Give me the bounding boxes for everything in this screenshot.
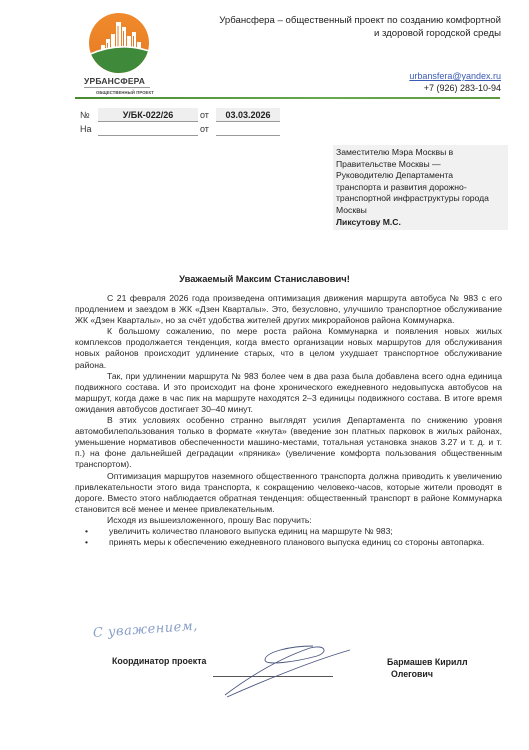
addressee-line: Руководителю Департамента [336, 170, 506, 182]
logo-subtitle: ОБЩЕСТВЕННЫЙ ПРОЕКТ [84, 90, 154, 95]
addressee-line: транспортной инфраструктуры города [336, 193, 506, 205]
number-field: У/БК-022/26 [98, 108, 198, 122]
handwritten-closing: С уважением, [92, 619, 198, 641]
city-skyline-logo-icon [88, 12, 150, 74]
addressee-block: Заместителю Мэра Москвы в Правительстве … [333, 145, 508, 230]
header-divider [75, 97, 500, 99]
phone-number: +7 (926) 283-10-94 [409, 82, 501, 94]
reference-label: На [80, 124, 100, 134]
addressee-line: Заместителю Мэра Москвы в [336, 147, 506, 159]
addressee-line: Москвы [336, 205, 506, 217]
header-line-1: Урбансфера – общественный проект по созд… [201, 14, 501, 27]
contacts: urbansfera@yandex.ru +7 (926) 283-10-94 [409, 70, 501, 94]
logo: УРБАНСФЕРА ОБЩЕСТВЕННЫЙ ПРОЕКТ [80, 12, 180, 100]
logo-divider [84, 87, 150, 88]
paragraph: Так, при удлинении маршрута № 983 более … [75, 371, 502, 415]
paragraph: К большому сожалению, по мере роста райо… [75, 326, 502, 370]
outgoing-number-row: № У/БК-022/26 от 03.03.2026 [80, 108, 320, 122]
addressee-line: транспорта и развития дорожно- [336, 182, 506, 194]
salutation: Уважаемый Максим Станиславович! [0, 273, 529, 284]
email-link[interactable]: urbansfera@yandex.ru [409, 71, 501, 81]
logo-name: УРБАНСФЕРА [80, 76, 184, 86]
reference-row: На от [80, 122, 320, 136]
signatory-role: Координатор проекта [112, 656, 206, 666]
number-label: № [80, 110, 100, 120]
request-item: увеличить количество планового выпуска е… [75, 526, 502, 537]
addressee-line: Правительстве Москвы — [336, 159, 506, 171]
reference-number-field [98, 122, 198, 136]
reference-date-label: от [200, 124, 209, 134]
request-item: принять меры к обеспечению ежедневного п… [75, 537, 502, 548]
date-label: от [200, 110, 209, 120]
paragraph: Оптимизация маршрутов наземного обществе… [75, 471, 502, 515]
addressee-name: Ликсутову М.С. [336, 217, 506, 229]
organization-header: Урбансфера – общественный проект по созд… [201, 14, 501, 40]
signature-scribble-icon [205, 640, 355, 700]
reference-date-field [216, 122, 280, 136]
date-field: 03.03.2026 [216, 108, 280, 122]
signatory-name-line-2: Олегович [387, 668, 468, 680]
request-list: увеличить количество планового выпуска е… [75, 526, 502, 548]
letter-page: УРБАНСФЕРА ОБЩЕСТВЕННЫЙ ПРОЕКТ Урбансфер… [0, 0, 529, 750]
paragraph: С 21 февраля 2026 года произведена оптим… [75, 293, 502, 326]
header-line-2: и здоровой городской среды [201, 27, 501, 40]
signatory-name: Бармашев Кирилл Олегович [387, 656, 468, 680]
paragraph: В этих условиях особенно странно выглядя… [75, 415, 502, 470]
paragraph: Исходя из вышеизложенного, прошу Вас пор… [75, 515, 502, 526]
letter-body: С 21 февраля 2026 года произведена оптим… [75, 293, 502, 548]
signatory-name-line-1: Бармашев Кирилл [387, 657, 468, 667]
